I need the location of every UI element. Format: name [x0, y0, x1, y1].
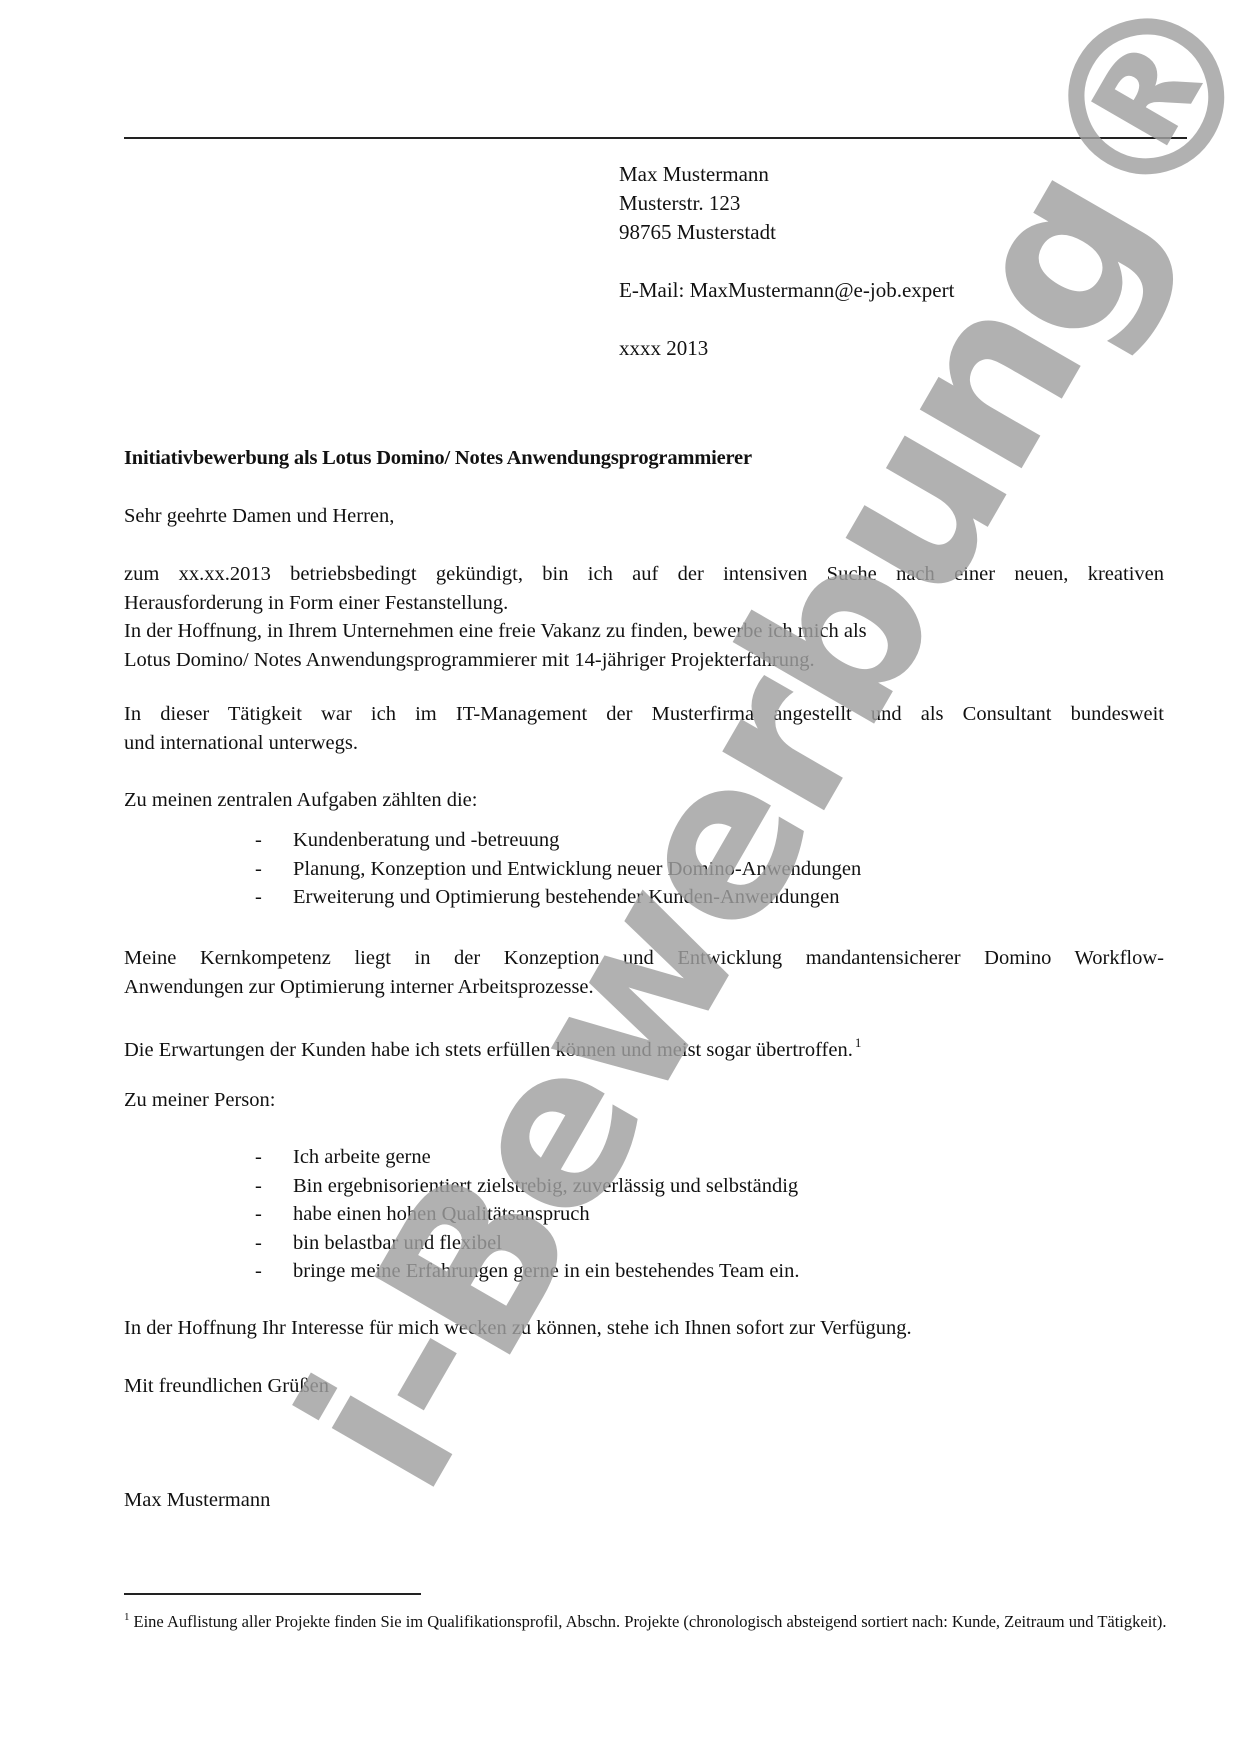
paragraph-line: zum xx.xx.2013 betriebsbedingt gekündigt…: [124, 560, 1164, 589]
list-item: -Planung, Konzeption und Entwicklung neu…: [255, 855, 861, 884]
bullet-dash-icon: -: [255, 1200, 262, 1229]
list-item: -bin belastbar und flexibel: [255, 1229, 800, 1258]
bullet-dash-icon: -: [255, 1143, 262, 1172]
paragraph-line: Anwendungen zur Optimierung interner Arb…: [124, 973, 1164, 1002]
salutation: Sehr geehrte Damen und Herren,: [124, 502, 394, 531]
letter-subject: Initiativbewerbung als Lotus Domino/ Not…: [124, 444, 752, 473]
closing-sentence: In der Hoffnung Ihr Interesse für mich w…: [124, 1314, 912, 1343]
bullet-dash-icon: -: [255, 855, 262, 884]
list-item: -Kundenberatung und -betreuung: [255, 826, 861, 855]
sender-email[interactable]: E-Mail: MaxMustermann@e-job.expert: [619, 276, 954, 305]
footnote: 1Eine Auflistung aller Projekte finden S…: [124, 1606, 1184, 1633]
core-competence-paragraph: Meine Kernkompetenz liegt in der Konzept…: [124, 944, 1164, 1001]
list-item: -bringe meine Erfahrungen gerne in ein b…: [255, 1257, 800, 1286]
footnote-text: Eine Auflistung aller Projekte finden Si…: [134, 1612, 1167, 1631]
list-item: -habe einen hohen Qualitätsanspruch: [255, 1200, 800, 1229]
sender-city: 98765 Musterstadt: [619, 218, 954, 247]
bullet-dash-icon: -: [255, 826, 262, 855]
footnote-reference[interactable]: 1: [855, 1035, 862, 1050]
bullet-dash-icon: -: [255, 1257, 262, 1286]
paragraph-line: Meine Kernkompetenz liegt in der Konzept…: [124, 944, 1164, 973]
list-item: -Erweiterung und Optimierung bestehender…: [255, 883, 861, 912]
list-item: -Ich arbeite gerne: [255, 1143, 800, 1172]
letter-date: xxxx 2013: [619, 334, 954, 363]
signature-name: Max Mustermann: [124, 1486, 270, 1515]
sender-name: Max Mustermann: [619, 160, 954, 189]
tasks-list: -Kundenberatung und -betreuung -Planung,…: [255, 826, 861, 912]
header-rule: [124, 137, 1187, 139]
bullet-dash-icon: -: [255, 883, 262, 912]
tasks-intro: Zu meinen zentralen Aufgaben zählten die…: [124, 786, 477, 815]
paragraph-line: In der Hoffnung, in Ihrem Unternehmen ei…: [124, 617, 1164, 646]
sender-street: Musterstr. 123: [619, 189, 954, 218]
bullet-dash-icon: -: [255, 1229, 262, 1258]
expectations-paragraph: Die Erwartungen der Kunden habe ich stet…: [124, 1029, 861, 1065]
person-list: -Ich arbeite gerne -Bin ergebnisorientie…: [255, 1143, 800, 1286]
person-intro: Zu meiner Person:: [124, 1086, 275, 1115]
footnote-mark: 1: [124, 1611, 130, 1623]
paragraph-line: Lotus Domino/ Notes Anwendungsprogrammie…: [124, 646, 1164, 675]
paragraph-line: In dieser Tätigkeit war ich im IT-Manage…: [124, 700, 1164, 729]
closing-greeting: Mit freundlichen Grüßen: [124, 1372, 329, 1401]
bullet-dash-icon: -: [255, 1172, 262, 1201]
list-item: -Bin ergebnisorientiert zielstrebig, zuv…: [255, 1172, 800, 1201]
footnote-separator: [124, 1593, 421, 1595]
paragraph-line: Herausforderung in Form einer Festanstel…: [124, 589, 1164, 618]
letter-page: Max Mustermann Musterstr. 123 98765 Must…: [0, 0, 1241, 1755]
sender-address-block: Max Mustermann Musterstr. 123 98765 Must…: [619, 160, 954, 363]
intro-paragraph: zum xx.xx.2013 betriebsbedingt gekündigt…: [124, 560, 1164, 674]
paragraph-line: und international unterwegs.: [124, 729, 1164, 758]
experience-paragraph: In dieser Tätigkeit war ich im IT-Manage…: [124, 700, 1164, 757]
